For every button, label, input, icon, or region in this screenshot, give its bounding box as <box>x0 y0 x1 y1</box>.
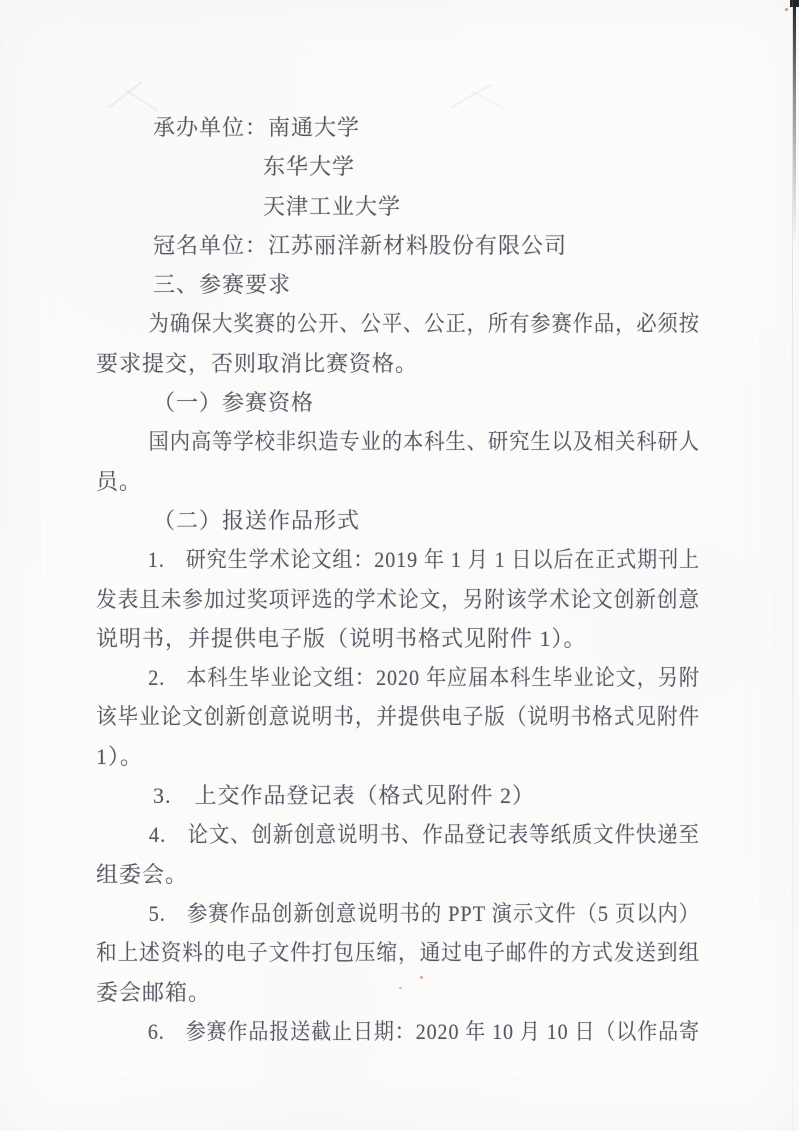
text-line: 4. 论文、创新创意说明书、作品登记表等纸质文件快递至 <box>96 815 799 854</box>
text-line: 1. 研究生学术论文组：2019 年 1 月 1 日以后在正式期刊上 <box>96 540 799 579</box>
document-body: 承办单位：南通大学东华大学天津工业大学冠名单位：江苏丽洋新材料股份有限公司三、参… <box>96 108 799 1051</box>
text-line-content: 1）。 <box>96 737 143 776</box>
scan-speck <box>785 8 788 11</box>
text-line-content: 天津工业大学 <box>96 187 401 226</box>
text-line-content: 说明书，并提供电子版（说明书格式见附件 1）。 <box>96 619 587 658</box>
scan-ghost-mark <box>472 91 505 110</box>
text-line-content: 该毕业论文创新创意说明书，并提供电子版（说明书格式见附件 <box>96 697 700 736</box>
text-line: 6. 参赛作品报送截止日期：2020 年 10 月 10 日（以作品寄 <box>96 1012 799 1051</box>
text-line: 天津工业大学 <box>96 187 799 226</box>
text-line-content: 6. 参赛作品报送截止日期：2020 年 10 月 10 日（以作品寄 <box>96 1012 700 1051</box>
text-line: 员。 <box>96 462 799 501</box>
text-line: 3. 上交作品登记表（格式见附件 2） <box>96 776 799 815</box>
text-line: 委会邮箱。 <box>96 973 799 1012</box>
text-line-content: 委会邮箱。 <box>96 973 211 1012</box>
text-line-content: 和上述资料的电子文件打包压缩，通过电子邮件的方式发送到组 <box>96 933 700 972</box>
text-line: （一）参赛资格 <box>96 383 799 422</box>
text-line-content: 为确保大奖赛的公开、公平、公正，所有参赛作品，必须按 <box>96 304 700 343</box>
text-line-content: 3. 上交作品登记表（格式见附件 2） <box>96 776 535 815</box>
text-line-content: 三、参赛要求 <box>96 265 291 304</box>
text-line: 该毕业论文创新创意说明书，并提供电子版（说明书格式见附件 <box>96 697 799 736</box>
text-line: 要求提交，否则取消比赛资格。 <box>96 344 799 383</box>
text-line-content: 承办单位：南通大学 <box>96 108 360 147</box>
text-line: 发表且未参加过奖项评选的学术论文，另附该学术论文创新创意 <box>96 580 799 619</box>
text-line-content: 1. 研究生学术论文组：2019 年 1 月 1 日以后在正式期刊上 <box>96 540 700 579</box>
text-line-content: 国内高等学校非织造专业的本科生、研究生以及相关科研人 <box>96 422 700 461</box>
text-line: 国内高等学校非织造专业的本科生、研究生以及相关科研人 <box>96 422 799 461</box>
scan-ghost-mark <box>108 81 142 108</box>
text-line-content: （一）参赛资格 <box>96 383 314 422</box>
text-line: 冠名单位：江苏丽洋新材料股份有限公司 <box>96 226 799 265</box>
text-line: 为确保大奖赛的公开、公平、公正，所有参赛作品，必须按 <box>96 304 799 343</box>
scanned-document-page: 承办单位：南通大学东华大学天津工业大学冠名单位：江苏丽洋新材料股份有限公司三、参… <box>0 0 799 1131</box>
text-line: 5. 参赛作品创新创意说明书的 PPT 演示文件（5 页以内） <box>96 894 799 933</box>
text-line: 组委会。 <box>96 855 799 894</box>
text-line-content: 冠名单位：江苏丽洋新材料股份有限公司 <box>96 226 567 265</box>
text-line-content: 4. 论文、创新创意说明书、作品登记表等纸质文件快递至 <box>96 815 700 854</box>
text-line-content: 2. 本科生毕业论文组：2020 年应届本科生毕业论文，另附 <box>96 658 700 697</box>
text-line: 东华大学 <box>96 147 799 186</box>
scan-ghost-mark <box>451 84 492 109</box>
text-line-content: 东华大学 <box>96 147 355 186</box>
text-line-content: 组委会。 <box>96 855 188 894</box>
scanner-edge-shadow <box>793 0 796 246</box>
text-line: 1）。 <box>96 737 799 776</box>
scan-speck <box>420 976 423 979</box>
text-line: 三、参赛要求 <box>96 265 799 304</box>
text-line: 承办单位：南通大学 <box>96 108 799 147</box>
text-line: （二）报送作品形式 <box>96 501 799 540</box>
text-line-content: 发表且未参加过奖项评选的学术论文，另附该学术论文创新创意 <box>96 580 700 619</box>
text-line-content: 员。 <box>96 462 142 501</box>
text-line: 说明书，并提供电子版（说明书格式见附件 1）。 <box>96 619 799 658</box>
text-line: 和上述资料的电子文件打包压缩，通过电子邮件的方式发送到组 <box>96 933 799 972</box>
text-line-content: 要求提交，否则取消比赛资格。 <box>96 344 418 383</box>
paper-edge-line <box>792 0 793 1131</box>
text-line-content: 5. 参赛作品创新创意说明书的 PPT 演示文件（5 页以内） <box>96 894 700 933</box>
text-line: 2. 本科生毕业论文组：2020 年应届本科生毕业论文，另附 <box>96 658 799 697</box>
text-line-content: （二）报送作品形式 <box>96 501 360 540</box>
scan-speck <box>399 987 402 989</box>
